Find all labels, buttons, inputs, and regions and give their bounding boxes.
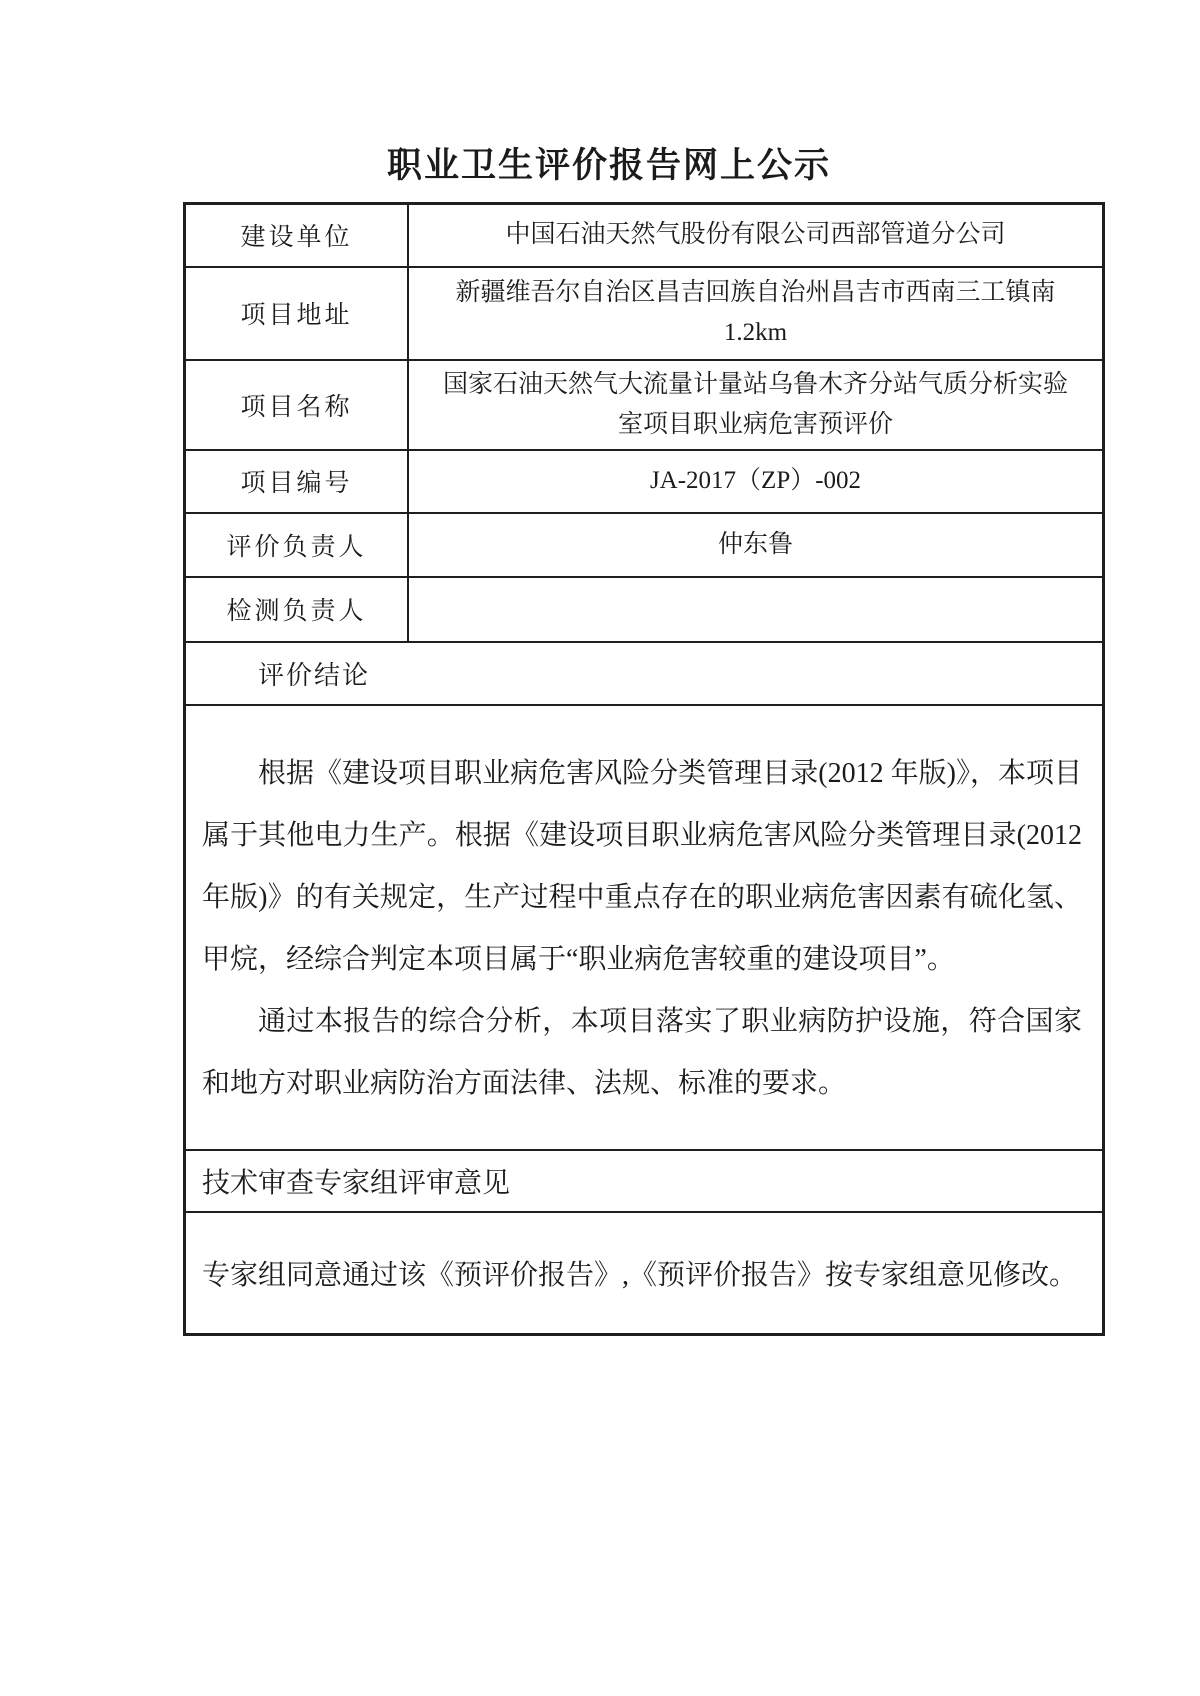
page-title: 职业卫生评价报告网上公示 bbox=[183, 138, 1035, 188]
value-construction-unit: 中国石油天然气股份有限公司西部管道分公司 bbox=[408, 204, 1104, 267]
label-testing-head: 检测负责人 bbox=[185, 577, 409, 642]
table-row-conclusion-body: 根据《建设项目职业病危害风险分类管理目录(2012 年版)》，本项目属于其他电力… bbox=[185, 705, 1104, 1150]
label-project-number: 项目编号 bbox=[185, 450, 409, 513]
value-testing-head bbox=[408, 577, 1104, 642]
table-row-construction-unit: 建设单位 中国石油天然气股份有限公司西部管道分公司 bbox=[185, 204, 1104, 267]
table-row-evaluation-head: 评价负责人 仲东鲁 bbox=[185, 513, 1104, 577]
label-project-address: 项目地址 bbox=[185, 267, 409, 360]
document-page: { "page": { "title": "职业卫生评价报告网上公示" }, "… bbox=[0, 0, 1200, 1696]
conclusion-paragraph-2: 通过本报告的综合分析，本项目落实了职业病防护设施，符合国家和地方对职业病防治方面… bbox=[202, 991, 1082, 1115]
table-row-project-number: 项目编号 JA-2017（ZP）-002 bbox=[185, 450, 1104, 513]
report-info-table: 建设单位 中国石油天然气股份有限公司西部管道分公司 项目地址 新疆维吾尔自治区昌… bbox=[183, 202, 1105, 1336]
table-row-expert-opinion: 专家组同意通过该《预评价报告》,《预评价报告》按专家组意见修改。 bbox=[185, 1212, 1104, 1335]
conclusion-body: 根据《建设项目职业病危害风险分类管理目录(2012 年版)》，本项目属于其他电力… bbox=[185, 705, 1104, 1150]
value-project-number: JA-2017（ZP）-002 bbox=[408, 450, 1104, 513]
label-construction-unit: 建设单位 bbox=[185, 204, 409, 267]
expert-review-header: 技术审查专家组评审意见 bbox=[185, 1150, 1104, 1212]
value-project-name: 国家石油天然气大流量计量站乌鲁木齐分站气质分析实验室项目职业病危害预评价 bbox=[408, 360, 1104, 450]
label-project-name: 项目名称 bbox=[185, 360, 409, 450]
table-row-project-name: 项目名称 国家石油天然气大流量计量站乌鲁木齐分站气质分析实验室项目职业病危害预评… bbox=[185, 360, 1104, 450]
expert-opinion-body: 专家组同意通过该《预评价报告》,《预评价报告》按专家组意见修改。 bbox=[185, 1212, 1104, 1335]
conclusion-paragraph-1: 根据《建设项目职业病危害风险分类管理目录(2012 年版)》，本项目属于其他电力… bbox=[202, 743, 1082, 991]
label-evaluation-head: 评价负责人 bbox=[185, 513, 409, 577]
value-evaluation-head: 仲东鲁 bbox=[408, 513, 1104, 577]
table-row-project-address: 项目地址 新疆维吾尔自治区昌吉回族自治州昌吉市西南三工镇南 1.2km bbox=[185, 267, 1104, 360]
value-project-address: 新疆维吾尔自治区昌吉回族自治州昌吉市西南三工镇南 1.2km bbox=[408, 267, 1104, 360]
table-row-conclusion-header: 评价结论 bbox=[185, 642, 1104, 705]
table-row-testing-head: 检测负责人 bbox=[185, 577, 1104, 642]
table-row-expert-header: 技术审查专家组评审意见 bbox=[185, 1150, 1104, 1212]
expert-opinion-text: 专家组同意通过该《预评价报告》,《预评价报告》按专家组意见修改。 bbox=[202, 1245, 1082, 1306]
conclusion-header: 评价结论 bbox=[185, 642, 1104, 705]
